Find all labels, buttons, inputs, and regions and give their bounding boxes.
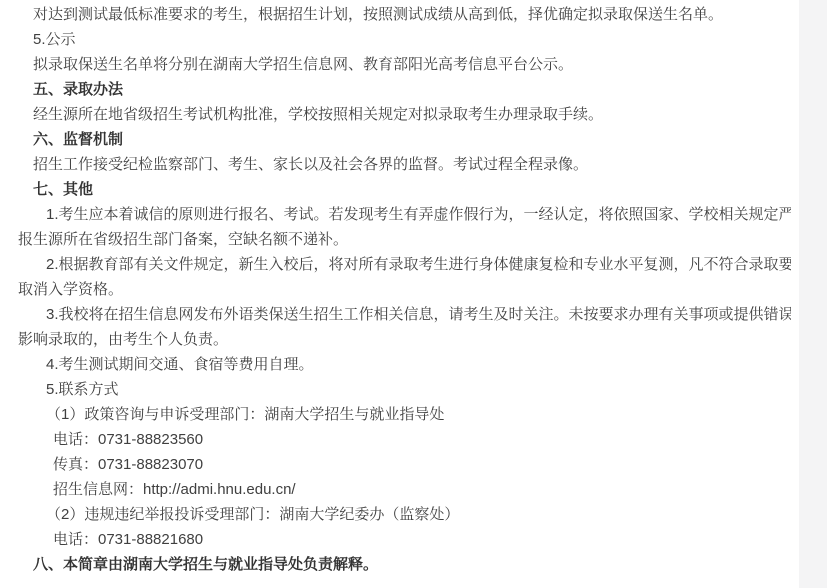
- paragraph-line: 影响录取的，由考生个人负责。: [18, 327, 791, 352]
- paragraph-line: 对达到测试最低标准要求的考生，根据招生计划，按照测试成绩从高到低，择优确定拟录取…: [33, 2, 791, 27]
- paragraph-line: 3.我校将在招生信息网发布外语类保送生招生工作相关信息，请考生及时关注。未按要求…: [46, 302, 791, 327]
- paragraph-line: 传真：0731-88823070: [53, 452, 791, 477]
- paragraph-line: 报生源所在省级招生部门备案，空缺名额不递补。: [18, 227, 791, 252]
- paragraph-line: 拟录取保送生名单将分别在湖南大学招生信息网、教育部阳光高考信息平台公示。: [33, 52, 791, 77]
- paragraph-line: 2.根据教育部有关文件规定，新生入校后，将对所有录取考生进行身体健康复检和专业水…: [46, 252, 791, 277]
- paragraph-line: （1）政策咨询与申诉受理部门：湖南大学招生与就业指导处: [46, 402, 791, 427]
- paragraph-line: 1.考生应本着诚信的原则进行报名、考试。若发现考生有弄虚作假行为，一经认定，将依…: [46, 202, 791, 227]
- paragraph-line: 电话：0731-88823560: [53, 427, 791, 452]
- page-background-gutter: [799, 0, 827, 588]
- paragraph-line: 5.联系方式: [46, 377, 791, 402]
- section-heading: 八、本简章由湖南大学招生与就业指导处负责解释。: [33, 552, 791, 577]
- document-body: 对达到测试最低标准要求的考生，根据招生计划，按照测试成绩从高到低，择优确定拟录取…: [0, 0, 799, 588]
- section-heading: 五、录取办法: [33, 77, 791, 102]
- browser-viewport: 对达到测试最低标准要求的考生，根据招生计划，按照测试成绩从高到低，择优确定拟录取…: [0, 0, 827, 588]
- paragraph-line: 经生源所在地省级招生考试机构批准，学校按照相关规定对拟录取考生办理录取手续。: [33, 102, 791, 127]
- paragraph-line: 取消入学资格。: [18, 277, 791, 302]
- paragraph-line: 5.公示: [33, 27, 791, 52]
- section-heading: 七、其他: [33, 177, 791, 202]
- paragraph-line: 4.考生测试期间交通、食宿等费用自理。: [46, 352, 791, 377]
- paragraph-line: （2）违规违纪举报投诉受理部门：湖南大学纪委办（监察处）: [46, 502, 791, 527]
- paragraph-line: 招生信息网：http://admi.hnu.edu.cn/: [53, 477, 791, 502]
- paragraph-line: 招生工作接受纪检监察部门、考生、家长以及社会各界的监督。考试过程全程录像。: [33, 152, 791, 177]
- paragraph-line: 电话：0731-88821680: [53, 527, 791, 552]
- section-heading: 六、监督机制: [33, 127, 791, 152]
